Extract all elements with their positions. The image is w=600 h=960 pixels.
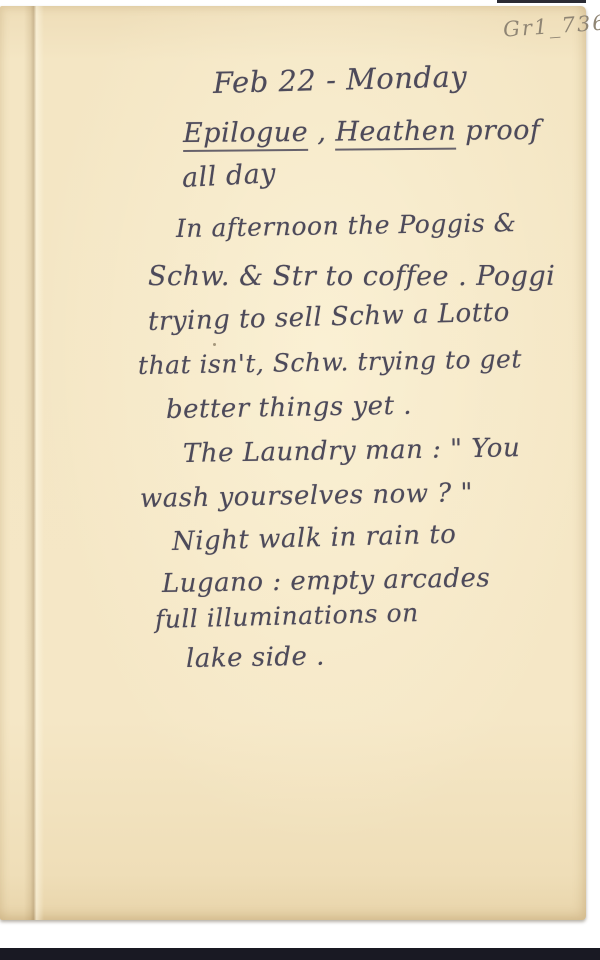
scanner-bed-bar-bottom bbox=[0, 948, 600, 960]
scanned-document: Gr1_736 Feb 22 - Monday Epilogue , Heath… bbox=[0, 0, 600, 960]
line-separator: , bbox=[308, 117, 336, 148]
handwritten-line: In afternoon the Poggis & bbox=[176, 208, 517, 243]
underlined-word-epilogue: Epilogue bbox=[183, 117, 308, 152]
handwritten-line: The Laundry man : " You bbox=[183, 433, 521, 469]
handwritten-line: better things yet . bbox=[166, 391, 413, 425]
paper-crease bbox=[24, 6, 44, 920]
handwritten-line: Epilogue , Heathen proof bbox=[183, 115, 541, 149]
handwritten-line: all day bbox=[181, 158, 277, 194]
handwritten-line: wash yourselves now ? " bbox=[140, 478, 473, 514]
line-rest: proof bbox=[456, 115, 541, 147]
handwritten-line: lake side . bbox=[186, 642, 325, 674]
handwritten-line: Schw. & Str to coffee . Poggi bbox=[148, 261, 555, 292]
entry-date-heading: Feb 22 - Monday bbox=[213, 59, 468, 100]
handwritten-line: Lugano : empty arcades bbox=[162, 563, 491, 599]
scanner-bed-edge-top bbox=[497, 0, 586, 3]
underlined-word-heathen: Heathen bbox=[335, 116, 456, 151]
paper-speck bbox=[213, 343, 216, 346]
